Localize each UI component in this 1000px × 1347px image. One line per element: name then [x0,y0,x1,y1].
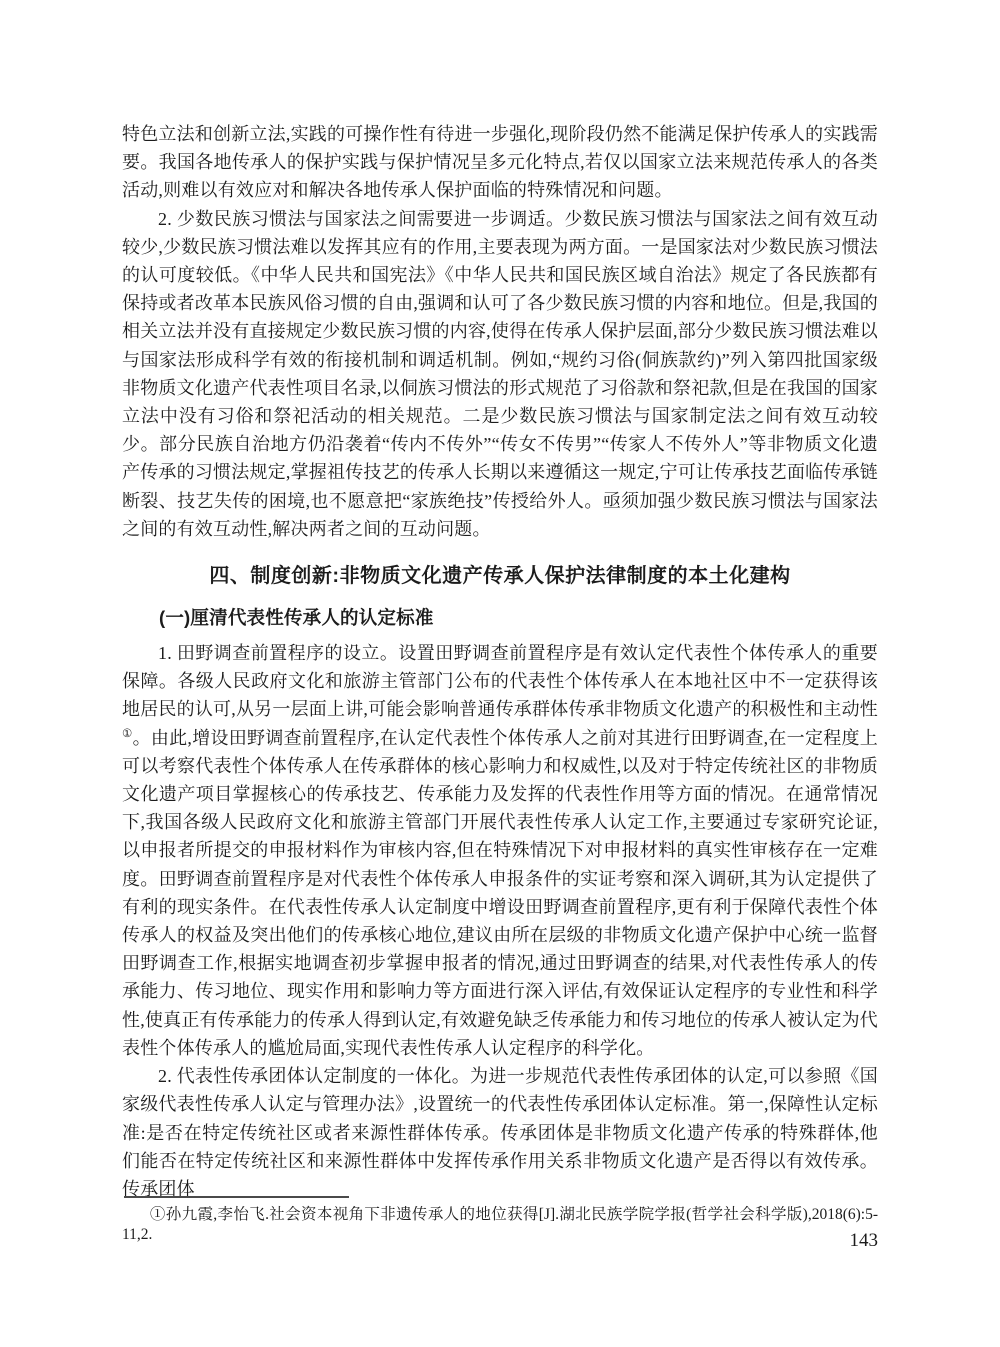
paragraph-text-before-ref: 1. 田野调查前置程序的设立。设置田野调查前置程序是有效认定代表性个体传承人的重… [122,643,878,719]
footnote-reference-mark: ① [122,728,133,740]
section-heading: 四、制度创新:非物质文化遗产传承人保护法律制度的本土化建构 [122,563,878,589]
paragraph-text-after-ref: 。由此,增设田野调查前置程序,在认定代表性个体传承人之前对其进行田野调查,在一定… [122,728,878,1058]
article-body: 特色立法和创新立法,实践的可操作性有待进一步强化,现阶段仍然不能满足保护传承人的… [122,120,878,1203]
paragraph-field-survey: 1. 田野调查前置程序的设立。设置田野调查前置程序是有效认定代表性个体传承人的重… [122,639,878,1062]
paragraph-group-recognition: 2. 代表性传承团体认定制度的一体化。为进一步规范代表性传承团体的认定,可以参照… [122,1062,878,1203]
paragraph-continuation: 特色立法和创新立法,实践的可操作性有待进一步强化,现阶段仍然不能满足保护传承人的… [122,120,878,205]
page-number: 143 [122,1230,878,1252]
subsection-heading: (一)厘清代表性传承人的认定标准 [122,605,878,631]
journal-page: 特色立法和创新立法,实践的可操作性有待进一步强化,现阶段仍然不能满足保护传承人的… [0,0,1000,1347]
paragraph-customary-law: 2. 少数民族习惯法与国家法之间需要进一步调适。少数民族习惯法与国家法之间有效互… [122,205,878,543]
footnote-divider-rule [124,1196,349,1198]
